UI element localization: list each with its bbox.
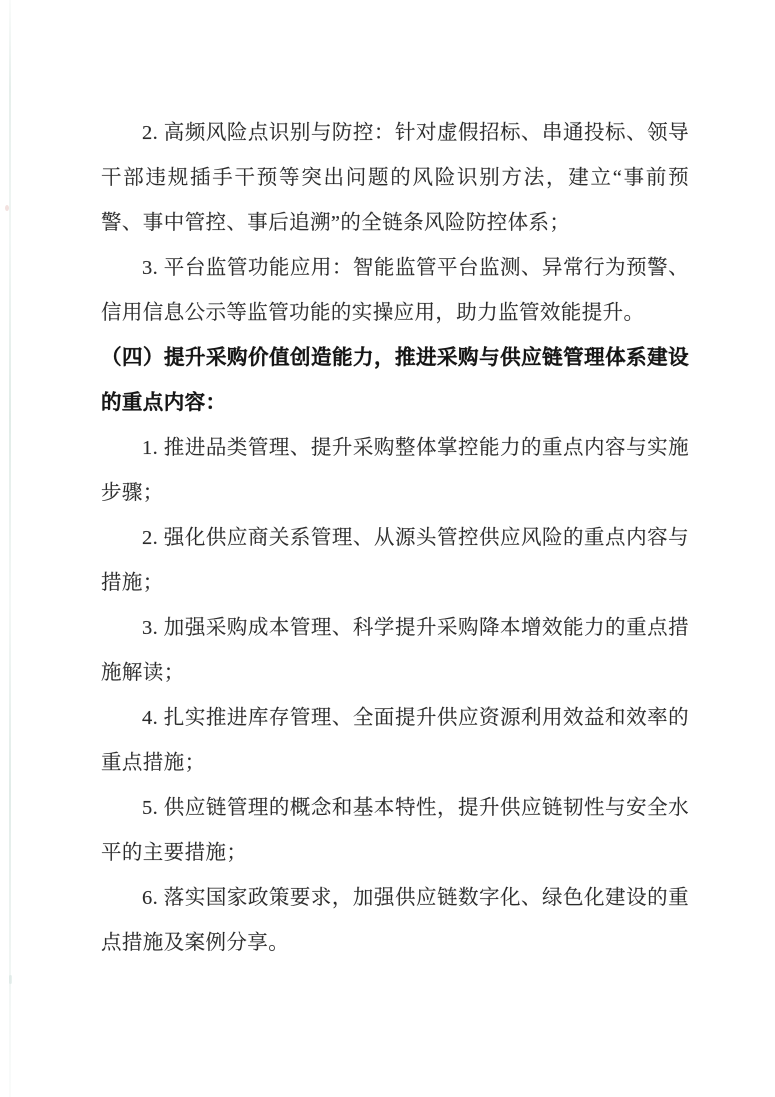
scan-artifact-speck [9, 975, 12, 984]
list-item-1: 1. 推进品类管理、提升采购整体掌控能力的重点内容与实施步骤； [101, 426, 689, 516]
section-heading-4: （四）提升采购价值创造能力，推进采购与供应链管理体系建设的重点内容： [101, 336, 689, 426]
scan-artifact-speck [5, 205, 9, 211]
document-page: 2. 高频风险点识别与防控：针对虚假招标、串通投标、领导干部违规插手干预等突出问… [0, 0, 775, 1097]
paragraph-risk-identification: 2. 高频风险点识别与防控：针对虚假招标、串通投标、领导干部违规插手干预等突出问… [101, 111, 689, 246]
list-item-3: 3. 加强采购成本管理、科学提升采购降本增效能力的重点措施解读； [101, 606, 689, 696]
paragraph-platform-supervision: 3. 平台监管功能应用：智能监管平台监测、异常行为预警、信用信息公示等监管功能的… [101, 246, 689, 336]
list-item-6: 6. 落实国家政策要求，加强供应链数字化、绿色化建设的重点措施及案例分享。 [101, 876, 689, 966]
list-item-4: 4. 扎实推进库存管理、全面提升供应资源利用效益和效率的重点措施； [101, 696, 689, 786]
document-body: 2. 高频风险点识别与防控：针对虚假招标、串通投标、领导干部违规插手干预等突出问… [101, 111, 689, 966]
scan-artifact-line [9, 0, 11, 1097]
list-item-2: 2. 强化供应商关系管理、从源头管控供应风险的重点内容与措施； [101, 516, 689, 606]
list-item-5: 5. 供应链管理的概念和基本特性，提升供应链韧性与安全水平的主要措施； [101, 786, 689, 876]
